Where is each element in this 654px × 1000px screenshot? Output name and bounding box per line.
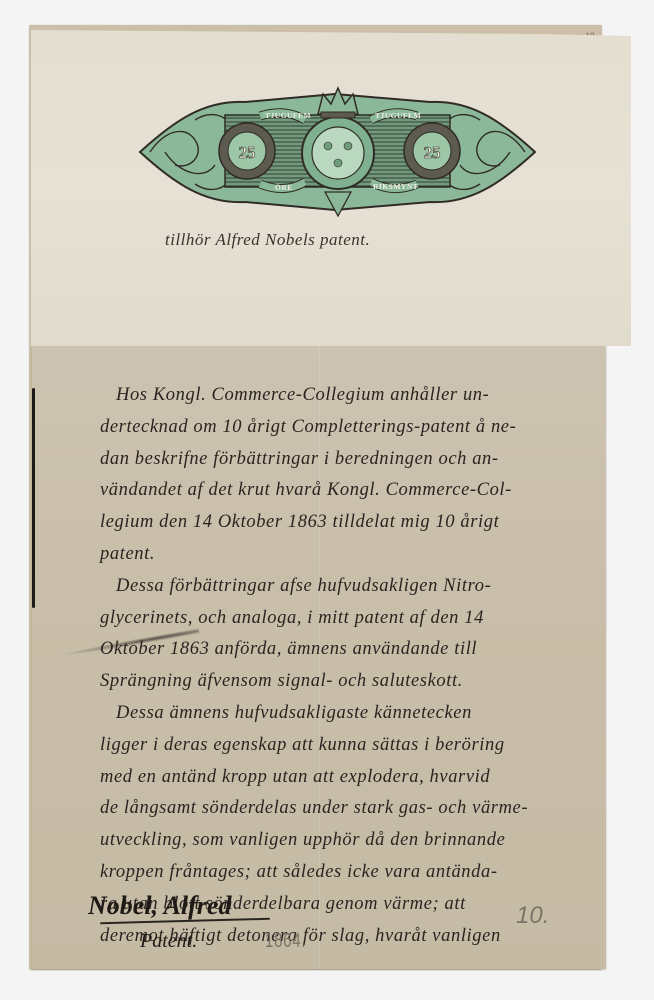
patent-label: Patent. xyxy=(140,930,197,953)
year-annotation: 1864. xyxy=(265,930,306,953)
manuscript-line: Sprängning äfvensom signal- och salutesk… xyxy=(100,666,612,698)
page-number: 10. xyxy=(516,902,549,930)
svg-text:TJUGUFEM: TJUGUFEM xyxy=(265,111,311,120)
manuscript-line: kroppen fråntages; att således icke vara… xyxy=(100,857,612,889)
manuscript-line: dan beskrifne förbättringar i beredninge… xyxy=(100,444,612,476)
manuscript-line: Dessa förbättringar afse hufvudsakligen … xyxy=(100,571,612,603)
stamp-ornament-icon: 25 25 TJUGUFEM TJUGUFEM ÖRE RIKSMY xyxy=(135,80,540,222)
manuscript-line: glycerinets, och analoga, i mitt patent … xyxy=(100,603,612,635)
manuscript-body: Hos Kongl. Commerce-Collegium anhåller u… xyxy=(100,380,612,952)
manuscript-line: legium den 14 Oktober 1863 tilldelat mig… xyxy=(100,507,612,539)
svg-text:RIKSMYNT: RIKSMYNT xyxy=(373,182,418,191)
revenue-stamp: 25 25 TJUGUFEM TJUGUFEM ÖRE RIKSMY xyxy=(135,80,540,222)
svg-text:25: 25 xyxy=(424,143,441,162)
manuscript-line: Oktober 1863 anförda, ämnens användande … xyxy=(100,634,612,666)
manuscript-line: Hos Kongl. Commerce-Collegium anhåller u… xyxy=(100,380,612,412)
svg-text:25: 25 xyxy=(239,143,256,162)
signature: Nobel, Alfred xyxy=(88,891,231,921)
slip-note: tillhör Alfred Nobels patent. xyxy=(165,230,370,250)
manuscript-line: med en antänd kropp utan att explodera, … xyxy=(100,762,612,794)
manuscript-line: ligger i deras egenskap att kunna sättas… xyxy=(100,730,612,762)
manuscript-line: dertecknad om 10 årigt Completterings-pa… xyxy=(100,412,612,444)
manuscript-line: patent. xyxy=(100,539,612,571)
manuscript-line: Dessa ämnens hufvudsakligaste kännetecke… xyxy=(100,698,612,730)
binding-thread xyxy=(32,388,35,608)
svg-text:TJUGUFEM: TJUGUFEM xyxy=(375,111,421,120)
manuscript-line: utveckling, som vanligen upphör då den b… xyxy=(100,825,612,857)
svg-text:ÖRE: ÖRE xyxy=(275,183,293,192)
manuscript-line: vändandet af det krut hvarå Kongl. Comme… xyxy=(100,475,612,507)
manuscript-line: de långsamt sönderdelas under stark gas-… xyxy=(100,793,612,825)
